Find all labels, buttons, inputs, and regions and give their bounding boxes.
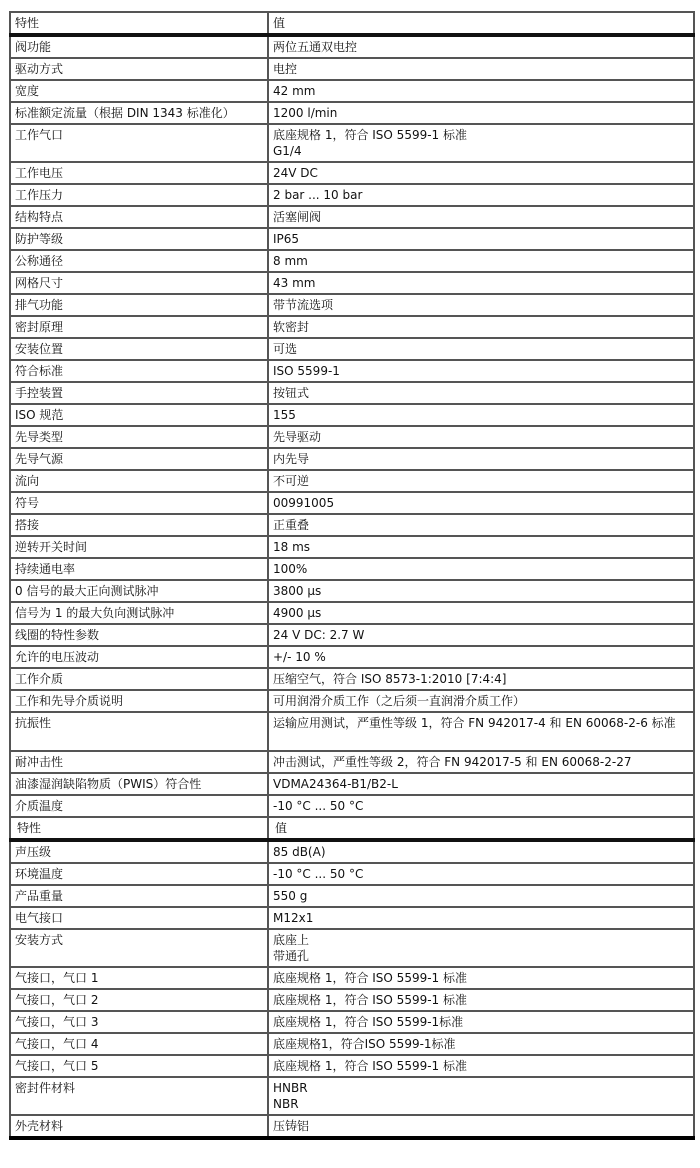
spec-value-line: 85 dB(A)	[273, 844, 689, 860]
spec-value-line: HNBR	[273, 1080, 689, 1096]
spec-value: 43 mm	[268, 272, 694, 294]
table-row: 工作介质压缩空气，符合 ISO 8573-1:2010 [7:4:4]	[10, 668, 694, 690]
spec-value-line: G1/4	[273, 143, 689, 159]
spec-value: -10 °C ... 50 °C	[268, 863, 694, 885]
spec-key: 气接口，气口 2	[10, 989, 268, 1011]
table-row: 先导类型先导驱动	[10, 426, 694, 448]
table-row: 安装方式底座上带通孔	[10, 929, 694, 967]
table-row: 持续通电率100%	[10, 558, 694, 580]
spec-value: 压缩空气，符合 ISO 8573-1:2010 [7:4:4]	[268, 668, 694, 690]
spec-key: 电气接口	[10, 907, 268, 929]
spec-value-line: 43 mm	[273, 275, 689, 291]
spec-value: 底座规格 1，符合 ISO 5599-1 标准G1/4	[268, 124, 694, 162]
spec-value-line: 3800 μs	[273, 583, 689, 599]
table-row: 公称通径8 mm	[10, 250, 694, 272]
spec-key: 先导气源	[10, 448, 268, 470]
spec-value-line: VDMA24364-B1/B2-L	[273, 776, 689, 792]
spec-value: 运输应用测试，严重性等级 1，符合 FN 942017-4 和 EN 60068…	[268, 712, 694, 751]
spec-key: 搭接	[10, 514, 268, 536]
table-row: 排气功能带节流选项	[10, 294, 694, 316]
table-row: 0 信号的最大正向测试脉冲3800 μs	[10, 580, 694, 602]
spec-key: 允许的电压波动	[10, 646, 268, 668]
table-row: 搭接正重叠	[10, 514, 694, 536]
spec-value: 底座规格 1，符合 ISO 5599-1标准	[268, 1011, 694, 1033]
spec-key: 气接口，气口 1	[10, 967, 268, 989]
table-row: 线圈的特性参数24 V DC: 2.7 W	[10, 624, 694, 646]
spec-key: 阀功能	[10, 35, 268, 58]
spec-key: 安装位置	[10, 338, 268, 360]
table-row: 流向不可逆	[10, 470, 694, 492]
spec-value: VDMA24364-B1/B2-L	[268, 773, 694, 795]
spec-key: 气接口，气口 5	[10, 1055, 268, 1077]
spec-value-line: -10 °C ... 50 °C	[273, 866, 689, 882]
table-row: 气接口，气口 4底座规格1，符合ISO 5599-1标准	[10, 1033, 694, 1055]
spec-value-line: 24V DC	[273, 165, 689, 181]
spec-key: 密封原理	[10, 316, 268, 338]
spec-value-line: 550 g	[273, 888, 689, 904]
spec-value: 可用润滑介质工作（之后须一直润滑介质工作）	[268, 690, 694, 712]
spec-key: 工作介质	[10, 668, 268, 690]
spec-key: 先导类型	[10, 426, 268, 448]
spec-value-line: 电控	[273, 61, 689, 77]
table-row: 环境温度-10 °C ... 50 °C	[10, 863, 694, 885]
spec-value: 两位五通双电控	[268, 35, 694, 58]
spec-value-line: 先导驱动	[273, 429, 689, 445]
spec-value: 底座规格1，符合ISO 5599-1标准	[268, 1033, 694, 1055]
spec-key: 公称通径	[10, 250, 268, 272]
table-row: 符合标准ISO 5599-1	[10, 360, 694, 382]
spec-value-line: 底座规格 1，符合 ISO 5599-1 标准	[273, 992, 689, 1008]
table-row: 电气接口M12x1	[10, 907, 694, 929]
spec-value-line: 两位五通双电控	[273, 39, 689, 55]
spec-value: IP65	[268, 228, 694, 250]
spec-value-line: NBR	[273, 1096, 689, 1112]
spec-value: 先导驱动	[268, 426, 694, 448]
spec-value: 24V DC	[268, 162, 694, 184]
spec-value: 内先导	[268, 448, 694, 470]
table-row: 气接口，气口 3底座规格 1，符合 ISO 5599-1标准	[10, 1011, 694, 1033]
spec-value: 正重叠	[268, 514, 694, 536]
spec-key: 抗振性	[10, 712, 268, 751]
table-row: 工作电压24V DC	[10, 162, 694, 184]
table-row: 逆转开关时间18 ms	[10, 536, 694, 558]
table-row: 结构特点活塞闸阀	[10, 206, 694, 228]
header-value: 值	[268, 817, 694, 840]
spec-value: 按钮式	[268, 382, 694, 404]
table-row: 工作气口底座规格 1，符合 ISO 5599-1 标准G1/4	[10, 124, 694, 162]
spec-value-line: 2 bar ... 10 bar	[273, 187, 689, 203]
spec-value-line: ISO 5599-1	[273, 363, 689, 379]
spec-value: +/- 10 %	[268, 646, 694, 668]
spec-value: ISO 5599-1	[268, 360, 694, 382]
spec-key: 外壳材料	[10, 1115, 268, 1138]
spec-value: 3800 μs	[268, 580, 694, 602]
table-row: 密封原理软密封	[10, 316, 694, 338]
table-row: 防护等级IP65	[10, 228, 694, 250]
spec-value-line: 带通孔	[273, 948, 689, 964]
table-row: 允许的电压波动+/- 10 %	[10, 646, 694, 668]
spec-value: 24 V DC: 2.7 W	[268, 624, 694, 646]
table-row: 气接口，气口 5底座规格 1，符合 ISO 5599-1 标准	[10, 1055, 694, 1077]
spec-key: 手控装置	[10, 382, 268, 404]
spec-value: 活塞闸阀	[268, 206, 694, 228]
spec-key: 声压级	[10, 840, 268, 863]
spec-value: 00991005	[268, 492, 694, 514]
spec-table-body: 特性 值 阀功能两位五通双电控驱动方式电控宽度42 mm标准额定流量（根据 DI…	[10, 12, 694, 1138]
spec-key: 工作压力	[10, 184, 268, 206]
table-row: 标准额定流量（根据 DIN 1343 标准化）1200 l/min	[10, 102, 694, 124]
table-row: 信号为 1 的最大负向测试脉冲4900 μs	[10, 602, 694, 624]
table-row: 阀功能两位五通双电控	[10, 35, 694, 58]
spec-value: 电控	[268, 58, 694, 80]
spec-value: 1200 l/min	[268, 102, 694, 124]
spec-value: 85 dB(A)	[268, 840, 694, 863]
spec-value: 带节流选项	[268, 294, 694, 316]
spec-value: HNBRNBR	[268, 1077, 694, 1115]
spec-value: 42 mm	[268, 80, 694, 102]
table-row: 外壳材料压铸铝	[10, 1115, 694, 1138]
spec-key: 符号	[10, 492, 268, 514]
spec-value: 冲击测试，严重性等级 2，符合 FN 942017-5 和 EN 60068-2…	[268, 751, 694, 773]
spec-value-line: 底座规格 1，符合 ISO 5599-1标准	[273, 1014, 689, 1030]
spec-key: 网格尺寸	[10, 272, 268, 294]
spec-key: 驱动方式	[10, 58, 268, 80]
spec-value: -10 °C ... 50 °C	[268, 795, 694, 817]
spec-value-line: +/- 10 %	[273, 649, 689, 665]
spec-value: 100%	[268, 558, 694, 580]
spec-value: 底座上带通孔	[268, 929, 694, 967]
spec-key: 气接口，气口 4	[10, 1033, 268, 1055]
spec-value-line: 正重叠	[273, 517, 689, 533]
table-row: 驱动方式电控	[10, 58, 694, 80]
spec-key: 环境温度	[10, 863, 268, 885]
spec-value: 底座规格 1，符合 ISO 5599-1 标准	[268, 967, 694, 989]
table-row: 抗振性运输应用测试，严重性等级 1，符合 FN 942017-4 和 EN 60…	[10, 712, 694, 751]
spec-value: 压铸铝	[268, 1115, 694, 1138]
table-header-row-repeat: 特性值	[10, 817, 694, 840]
spec-value-line: 不可逆	[273, 473, 689, 489]
spec-value: 底座规格 1，符合 ISO 5599-1 标准	[268, 989, 694, 1011]
spec-key: 宽度	[10, 80, 268, 102]
table-row: 手控装置按钮式	[10, 382, 694, 404]
spec-key: ISO 规范	[10, 404, 268, 426]
spec-value-line: 冲击测试，严重性等级 2，符合 FN 942017-5 和 EN 60068-2…	[273, 754, 689, 770]
table-row: 网格尺寸43 mm	[10, 272, 694, 294]
spec-value-line: 带节流选项	[273, 297, 689, 313]
spec-key: 线圈的特性参数	[10, 624, 268, 646]
spec-key: 安装方式	[10, 929, 268, 967]
spec-value-line: 1200 l/min	[273, 105, 689, 121]
spec-value-line: 155	[273, 407, 689, 423]
spec-key: 逆转开关时间	[10, 536, 268, 558]
header-value: 值	[268, 12, 694, 35]
spec-value-line: 100%	[273, 561, 689, 577]
spec-value: M12x1	[268, 907, 694, 929]
spec-value: 可选	[268, 338, 694, 360]
spec-value-line: 24 V DC: 2.7 W	[273, 627, 689, 643]
spec-value-line: M12x1	[273, 910, 689, 926]
spec-value-line: 18 ms	[273, 539, 689, 555]
spec-value-line: 压铸铝	[273, 1118, 689, 1134]
spec-key: 介质温度	[10, 795, 268, 817]
table-row: 密封件材料HNBRNBR	[10, 1077, 694, 1115]
spec-value-line: 8 mm	[273, 253, 689, 269]
spec-value-line: 压缩空气，符合 ISO 8573-1:2010 [7:4:4]	[273, 671, 689, 687]
spec-key: 持续通电率	[10, 558, 268, 580]
spec-value-line: IP65	[273, 231, 689, 247]
spec-value-line: 按钮式	[273, 385, 689, 401]
table-row: 宽度42 mm	[10, 80, 694, 102]
spec-value-line: -10 °C ... 50 °C	[273, 798, 689, 814]
table-row: 气接口，气口 2底座规格 1，符合 ISO 5599-1 标准	[10, 989, 694, 1011]
spec-key: 防护等级	[10, 228, 268, 250]
table-row: 气接口，气口 1底座规格 1，符合 ISO 5599-1 标准	[10, 967, 694, 989]
spec-value-line: 00991005	[273, 495, 689, 511]
table-row: 工作和先导介质说明可用润滑介质工作（之后须一直润滑介质工作）	[10, 690, 694, 712]
spec-value: 550 g	[268, 885, 694, 907]
table-row: 声压级85 dB(A)	[10, 840, 694, 863]
spec-value-line: 底座规格1，符合ISO 5599-1标准	[273, 1036, 689, 1052]
spec-key: 0 信号的最大正向测试脉冲	[10, 580, 268, 602]
table-row: 产品重量550 g	[10, 885, 694, 907]
table-row: 介质温度-10 °C ... 50 °C	[10, 795, 694, 817]
header-key: 特性	[10, 817, 268, 840]
spec-value: 不可逆	[268, 470, 694, 492]
spec-value-line: 可用润滑介质工作（之后须一直润滑介质工作）	[273, 693, 689, 709]
spec-value-line: 软密封	[273, 319, 689, 335]
spec-key: 耐冲击性	[10, 751, 268, 773]
spec-value: 2 bar ... 10 bar	[268, 184, 694, 206]
table-row: 耐冲击性冲击测试，严重性等级 2，符合 FN 942017-5 和 EN 600…	[10, 751, 694, 773]
spec-value-line: 4900 μs	[273, 605, 689, 621]
spec-key: 流向	[10, 470, 268, 492]
spec-key: 工作电压	[10, 162, 268, 184]
spec-key: 排气功能	[10, 294, 268, 316]
spec-key: 产品重量	[10, 885, 268, 907]
header-key: 特性	[10, 12, 268, 35]
spec-value-line: 底座规格 1，符合 ISO 5599-1 标准	[273, 127, 689, 143]
spec-value: 4900 μs	[268, 602, 694, 624]
spec-value-line: 可选	[273, 341, 689, 357]
table-row: 安装位置可选	[10, 338, 694, 360]
table-row: ISO 规范155	[10, 404, 694, 426]
spec-key: 标准额定流量（根据 DIN 1343 标准化）	[10, 102, 268, 124]
spec-value-line: 底座规格 1，符合 ISO 5599-1 标准	[273, 970, 689, 986]
spec-key: 油漆湿润缺陷物质（PWIS）符合性	[10, 773, 268, 795]
spec-table: 特性 值 阀功能两位五通双电控驱动方式电控宽度42 mm标准额定流量（根据 DI…	[9, 11, 695, 1140]
spec-key: 结构特点	[10, 206, 268, 228]
table-row: 工作压力2 bar ... 10 bar	[10, 184, 694, 206]
table-header-row: 特性 值	[10, 12, 694, 35]
table-row: 先导气源内先导	[10, 448, 694, 470]
spec-key: 气接口，气口 3	[10, 1011, 268, 1033]
spec-key: 工作气口	[10, 124, 268, 162]
spec-value: 155	[268, 404, 694, 426]
table-row: 符号00991005	[10, 492, 694, 514]
spec-key: 信号为 1 的最大负向测试脉冲	[10, 602, 268, 624]
spec-value: 底座规格 1，符合 ISO 5599-1 标准	[268, 1055, 694, 1077]
spec-value: 软密封	[268, 316, 694, 338]
spec-value: 18 ms	[268, 536, 694, 558]
spec-value-line: 活塞闸阀	[273, 209, 689, 225]
spec-value-line: 底座规格 1，符合 ISO 5599-1 标准	[273, 1058, 689, 1074]
spec-value: 8 mm	[268, 250, 694, 272]
spec-key: 工作和先导介质说明	[10, 690, 268, 712]
spec-value-line: 底座上	[273, 932, 689, 948]
table-row: 油漆湿润缺陷物质（PWIS）符合性VDMA24364-B1/B2-L	[10, 773, 694, 795]
spec-key: 密封件材料	[10, 1077, 268, 1115]
spec-key: 符合标准	[10, 360, 268, 382]
spec-value-line: 内先导	[273, 451, 689, 467]
spec-value-line: 42 mm	[273, 83, 689, 99]
spec-value-line: 运输应用测试，严重性等级 1，符合 FN 942017-4 和 EN 60068…	[273, 715, 689, 731]
